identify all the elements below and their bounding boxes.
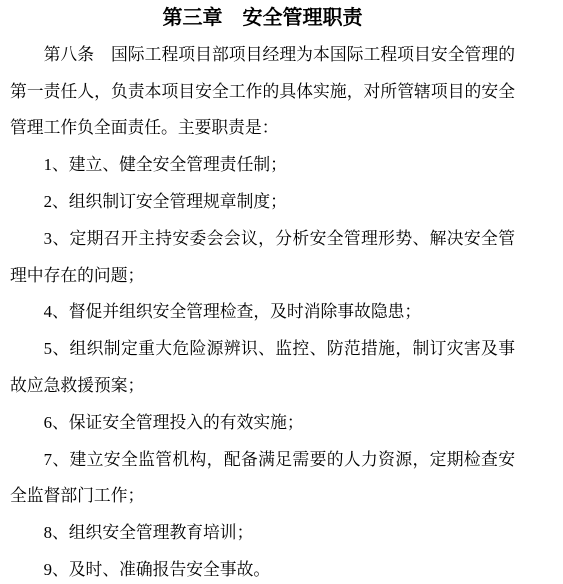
list-item-2: 2、组织制订安全管理规章制度； — [10, 184, 515, 221]
document-page: 第三章 安全管理职责 第八条 国际工程项目部项目经理为本国际工程项目安全管理的第… — [0, 0, 515, 584]
list-item-4: 4、督促并组织安全管理检查，及时消除事故隐患； — [10, 294, 515, 331]
list-item-6: 6、保证安全管理投入的有效实施； — [10, 405, 515, 442]
list-item-8: 8、组织安全管理教育培训； — [10, 515, 515, 552]
list-item-9: 9、及时、准确报告安全事故。 — [10, 552, 515, 584]
paragraph-intro: 第八条 国际工程项目部项目经理为本国际工程项目安全管理的第一责任人，负责本项目安… — [10, 37, 515, 147]
chapter-title: 第三章 安全管理职责 — [10, 0, 515, 37]
list-item-5: 5、组织制定重大危险源辨识、监控、防范措施，制订灾害及事故应急救援预案； — [10, 331, 515, 405]
list-item-3: 3、定期召开主持安委会会议，分析安全管理形势、解决安全管理中存在的问题； — [10, 221, 515, 295]
list-item-7: 7、建立安全监管机构，配备满足需要的人力资源，定期检查安全监督部门工作； — [10, 442, 515, 516]
list-item-1: 1、建立、健全安全管理责任制； — [10, 147, 515, 184]
